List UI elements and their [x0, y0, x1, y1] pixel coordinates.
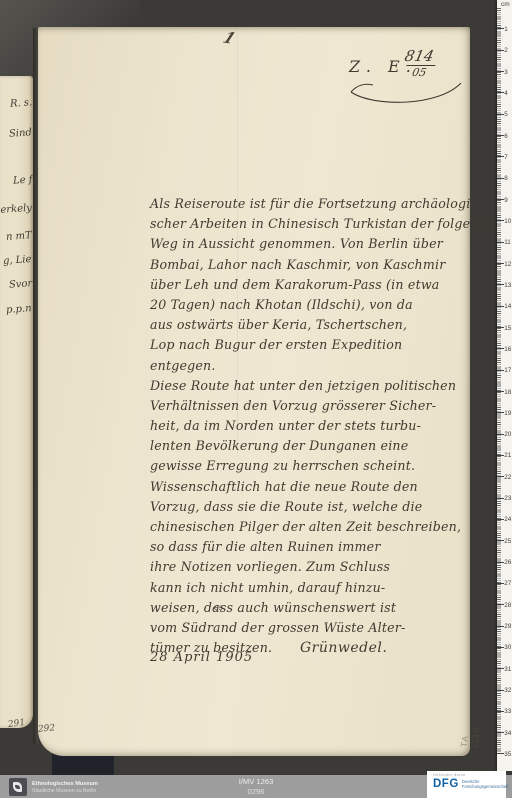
dfg-logo-abbreviation: DFG	[433, 778, 459, 790]
marginal-handwriting-fragment: Svor	[8, 278, 32, 291]
ruler-cm-segment: 14	[497, 285, 512, 306]
pencil-sheet-number: 1	[220, 28, 238, 47]
marginal-handwriting-fragment: n mT	[6, 230, 32, 243]
ruler-cm-segment: 26	[497, 541, 512, 562]
scan-viewport: R. s.SindLe fberkelyn mTg, LieSvorp.p.n …	[0, 0, 512, 798]
ruler-cm-segment: 23	[497, 477, 512, 498]
marginal-handwriting-fragment: p.p.n	[6, 303, 32, 316]
cm-ruler: cm 1 2 3 4	[497, 0, 512, 771]
ruler-cm-segment: 20	[497, 413, 512, 434]
letter-line: Verhältnissen den Vorzug grösserer Siche…	[150, 398, 495, 418]
ruler-cm-number: 35	[504, 751, 511, 758]
ruler-cm-segment: 19	[497, 392, 512, 413]
letter-date: 28 April 1905	[150, 650, 253, 665]
marginal-handwriting-fragment: berkely	[0, 203, 32, 217]
letter-line: Diese Route hat unter den jetzigen polit…	[150, 378, 495, 398]
ruler-cm-segment: 8	[497, 157, 512, 178]
letter-line: aus ostwärts über Keria, Tschertschen,	[150, 317, 495, 337]
ruler-cm-segment: 25	[497, 520, 512, 541]
letter-body: Als Reiseroute ist für die Fortsetzung a…	[150, 196, 495, 660]
letter-line: entgegen.	[150, 358, 495, 378]
letter-line: vom Südrand der grossen Wüste Alter-	[150, 620, 495, 640]
ruler-cm-segment: 12	[497, 243, 512, 264]
ruler-cm-segment: 15	[497, 307, 512, 328]
ruler-cm-segment: 34	[497, 712, 512, 733]
ruler-cm-segment: 18	[497, 371, 512, 392]
ruler-cm-segment: 24	[497, 499, 512, 520]
letter-line: lenten Bevölkerung der Dunganen eine	[150, 438, 495, 458]
ruler-cm-segment: 7	[497, 136, 512, 157]
ruler-cm-segment: 21	[497, 435, 512, 456]
vertical-pencil-note: TA 1118	[459, 725, 481, 749]
ruler-cm-segment: 10	[497, 200, 512, 221]
signature-gruenwedel: Grünwedel.	[300, 640, 387, 656]
ruler-unit-label: cm	[501, 1, 510, 8]
ruler-cm-segment: 1	[497, 8, 512, 29]
pencil-folio-number-left: 291	[7, 718, 25, 730]
letter-line: kann ich nicht umhin, darauf hinzu-	[150, 580, 495, 600]
interline-insertion: es	[214, 603, 223, 612]
ruler-cm-segment: 33	[497, 691, 512, 712]
letter-line: Wissenschaftlich hat die neue Route den	[150, 479, 495, 499]
dfg-funding-note: Gefördert durch	[433, 773, 506, 777]
marginal-handwriting-fragment: Le f	[12, 174, 32, 186]
letter-line: gewisse Erregung zu herrschen scheint.	[150, 458, 495, 478]
letter-line: heit, da im Norden unter der stets turbu…	[150, 418, 495, 438]
ruler-cm-segment: 16	[497, 328, 512, 349]
ruler-cm-segment: 30	[497, 627, 512, 648]
ruler-cm-segment: 32	[497, 669, 512, 690]
ruler-cm-segment: 27	[497, 563, 512, 584]
ruler-cm-segment: 29	[497, 605, 512, 626]
ruler-cm-segment: 22	[497, 456, 512, 477]
letter-line: ihre Notizen vorliegen. Zum Schluss	[150, 559, 495, 579]
ruler-cm-segment: 2	[497, 29, 512, 50]
ruler-cm-segment: 35	[497, 733, 512, 754]
ruler-scale: 1 2 3 4 5	[497, 8, 512, 754]
letter-line: Als Reiseroute ist für die Fortsetzung a…	[150, 196, 495, 216]
letter-line: über Leh und dem Karakorum-Pass (in etwa	[150, 277, 495, 297]
ruler-cm-segment: 31	[497, 648, 512, 669]
letter-line: Bombai, Lahor nach Kaschmir, von Kaschmi…	[150, 257, 495, 277]
registry-oval-flourish	[343, 45, 473, 111]
marginal-handwriting-fragment: R. s.	[9, 97, 32, 110]
ruler-cm-segment: 6	[497, 115, 512, 136]
ruler-cm-tick	[497, 753, 504, 754]
letter-line: Lop nach Bugur der ersten Expedition	[150, 337, 495, 357]
ruler-cm-segment: 28	[497, 584, 512, 605]
pencil-folio-number-right: 292	[38, 723, 56, 734]
previous-page-edge: R. s.SindLe fberkelyn mTg, LieSvorp.p.n	[0, 76, 33, 728]
letter-line: Vorzug, dass sie die Route ist, welche d…	[150, 499, 495, 519]
letter-line: so dass für die alten Ruinen immer	[150, 539, 495, 559]
ruler-cm-segment: 4	[497, 72, 512, 93]
marginal-handwriting-fragment: g, Lie	[3, 254, 32, 267]
letter-line: Weg in Aussicht genommen. Von Berlin übe…	[150, 236, 495, 256]
letter-line: chinesischen Pilger der alten Zeit besch…	[150, 519, 495, 539]
registry-mark: Z. E. 814 05	[343, 45, 473, 111]
letter-line: scher Arbeiten in Chinesisch Turkistan d…	[150, 216, 495, 236]
ruler-cm-segment: 3	[497, 51, 512, 72]
ruler-cm-segment: 17	[497, 349, 512, 370]
dfg-logo-box: Gefördert durch DFG Deutsche Forschungsg…	[427, 771, 506, 798]
marginal-handwriting-fragment: Sind	[9, 127, 33, 140]
letter-line: weisen, dass auch wünschenswert ist	[150, 600, 495, 620]
manuscript-page: 1 Z. E. 814 05 Als Reiseroute ist für di…	[38, 27, 470, 756]
ruler-cm-segment: 11	[497, 221, 512, 242]
ruler-cm-segment: 9	[497, 179, 512, 200]
dfg-name-line2: Forschungsgemeinschaft	[462, 784, 509, 789]
letter-line: 20 Tagen) nach Khotan (Ildschi), von da	[150, 297, 495, 317]
ruler-cm-segment: 13	[497, 264, 512, 285]
ruler-cm-segment: 5	[497, 93, 512, 114]
